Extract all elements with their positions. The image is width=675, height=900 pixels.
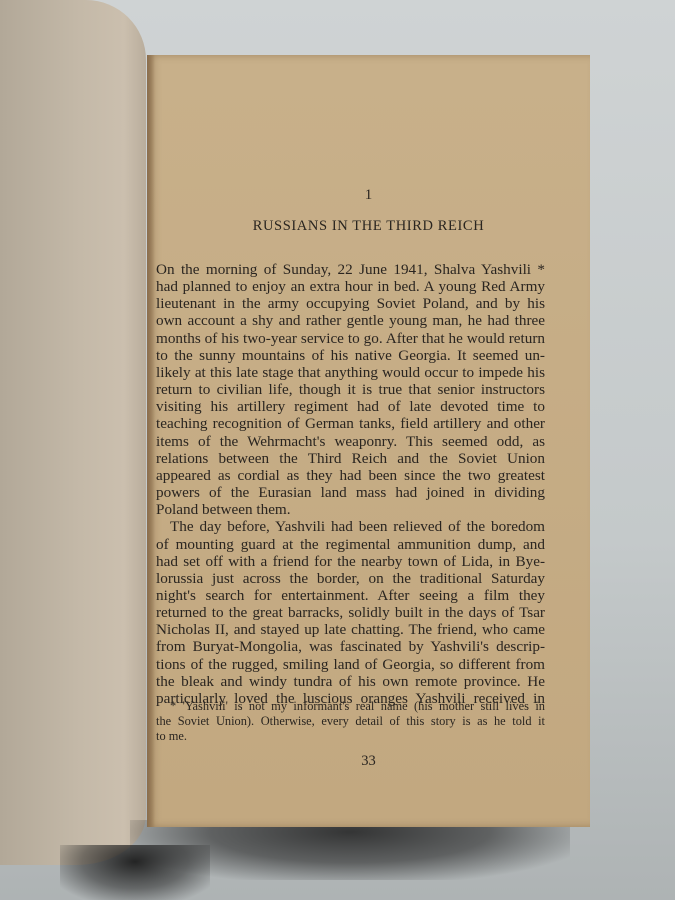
text-line: tions of the rugged, smiling land of Geo… — [156, 656, 545, 673]
footnote-line: * 'Yashvili' is not my informant's real … — [156, 699, 545, 714]
text-line: Poland between them. — [156, 501, 545, 518]
text-line: night's search for entertainment. After … — [156, 587, 545, 604]
text-line: of mounting guard at the regimental ammu… — [156, 536, 545, 553]
text-line: from Buryat-Mongolia, was fascinated by … — [156, 638, 545, 655]
footnote-line: the Soviet Union). Otherwise, every deta… — [156, 714, 545, 729]
footnote-line: to me. — [156, 729, 545, 744]
page-gutter — [147, 55, 155, 827]
paragraph-1: On the morning of Sunday, 22 June 1941, … — [156, 261, 545, 518]
text-line: the bleak and windy tundra of his own re… — [156, 673, 545, 690]
text-line: returned to the great barracks, solidly … — [156, 604, 545, 621]
text-line: own account a shy and rather gentle youn… — [156, 312, 545, 329]
left-page-curl — [0, 0, 146, 865]
body-text: On the morning of Sunday, 22 June 1941, … — [156, 261, 545, 707]
footnote: * 'Yashvili' is not my informant's real … — [156, 699, 545, 744]
text-line: likely at this late stage that anything … — [156, 364, 545, 381]
text-line: On the morning of Sunday, 22 June 1941, … — [156, 261, 545, 278]
text-line: items of the Wehrmacht's weaponry. This … — [156, 433, 545, 450]
text-line: teaching recognition of German tanks, fi… — [156, 415, 545, 432]
text-line: appeared as cordial as they had been sin… — [156, 467, 545, 484]
text-line: lieutenant in the army occupying Soviet … — [156, 295, 545, 312]
text-line: relations between the Third Reich and th… — [156, 450, 545, 467]
text-line: lorussia just across the border, on the … — [156, 570, 545, 587]
text-line: had planned to enjoy an extra hour in be… — [156, 278, 545, 295]
text-line: The day before, Yashvili had been reliev… — [156, 518, 545, 535]
book-page: 1 RUSSIANS IN THE THIRD REICH On the mor… — [147, 55, 590, 827]
text-line: had set off with a friend for the nearby… — [156, 553, 545, 570]
text-line: powers of the Eurasian land mass had joi… — [156, 484, 545, 501]
text-line: return to civilian life, though it is tr… — [156, 381, 545, 398]
page-number: 33 — [147, 753, 590, 770]
paragraph-2: The day before, Yashvili had been reliev… — [156, 518, 545, 707]
text-line: visiting his artillery regiment had of l… — [156, 398, 545, 415]
book-shadow — [60, 845, 210, 900]
chapter-title: RUSSIANS IN THE THIRD REICH — [147, 218, 590, 235]
text-line: months of his two-year service to go. Af… — [156, 330, 545, 347]
chapter-number: 1 — [147, 187, 590, 204]
text-line: Nicholas II, and stayed up late chatting… — [156, 621, 545, 638]
text-line: to the sunny mountains of his native Geo… — [156, 347, 545, 364]
